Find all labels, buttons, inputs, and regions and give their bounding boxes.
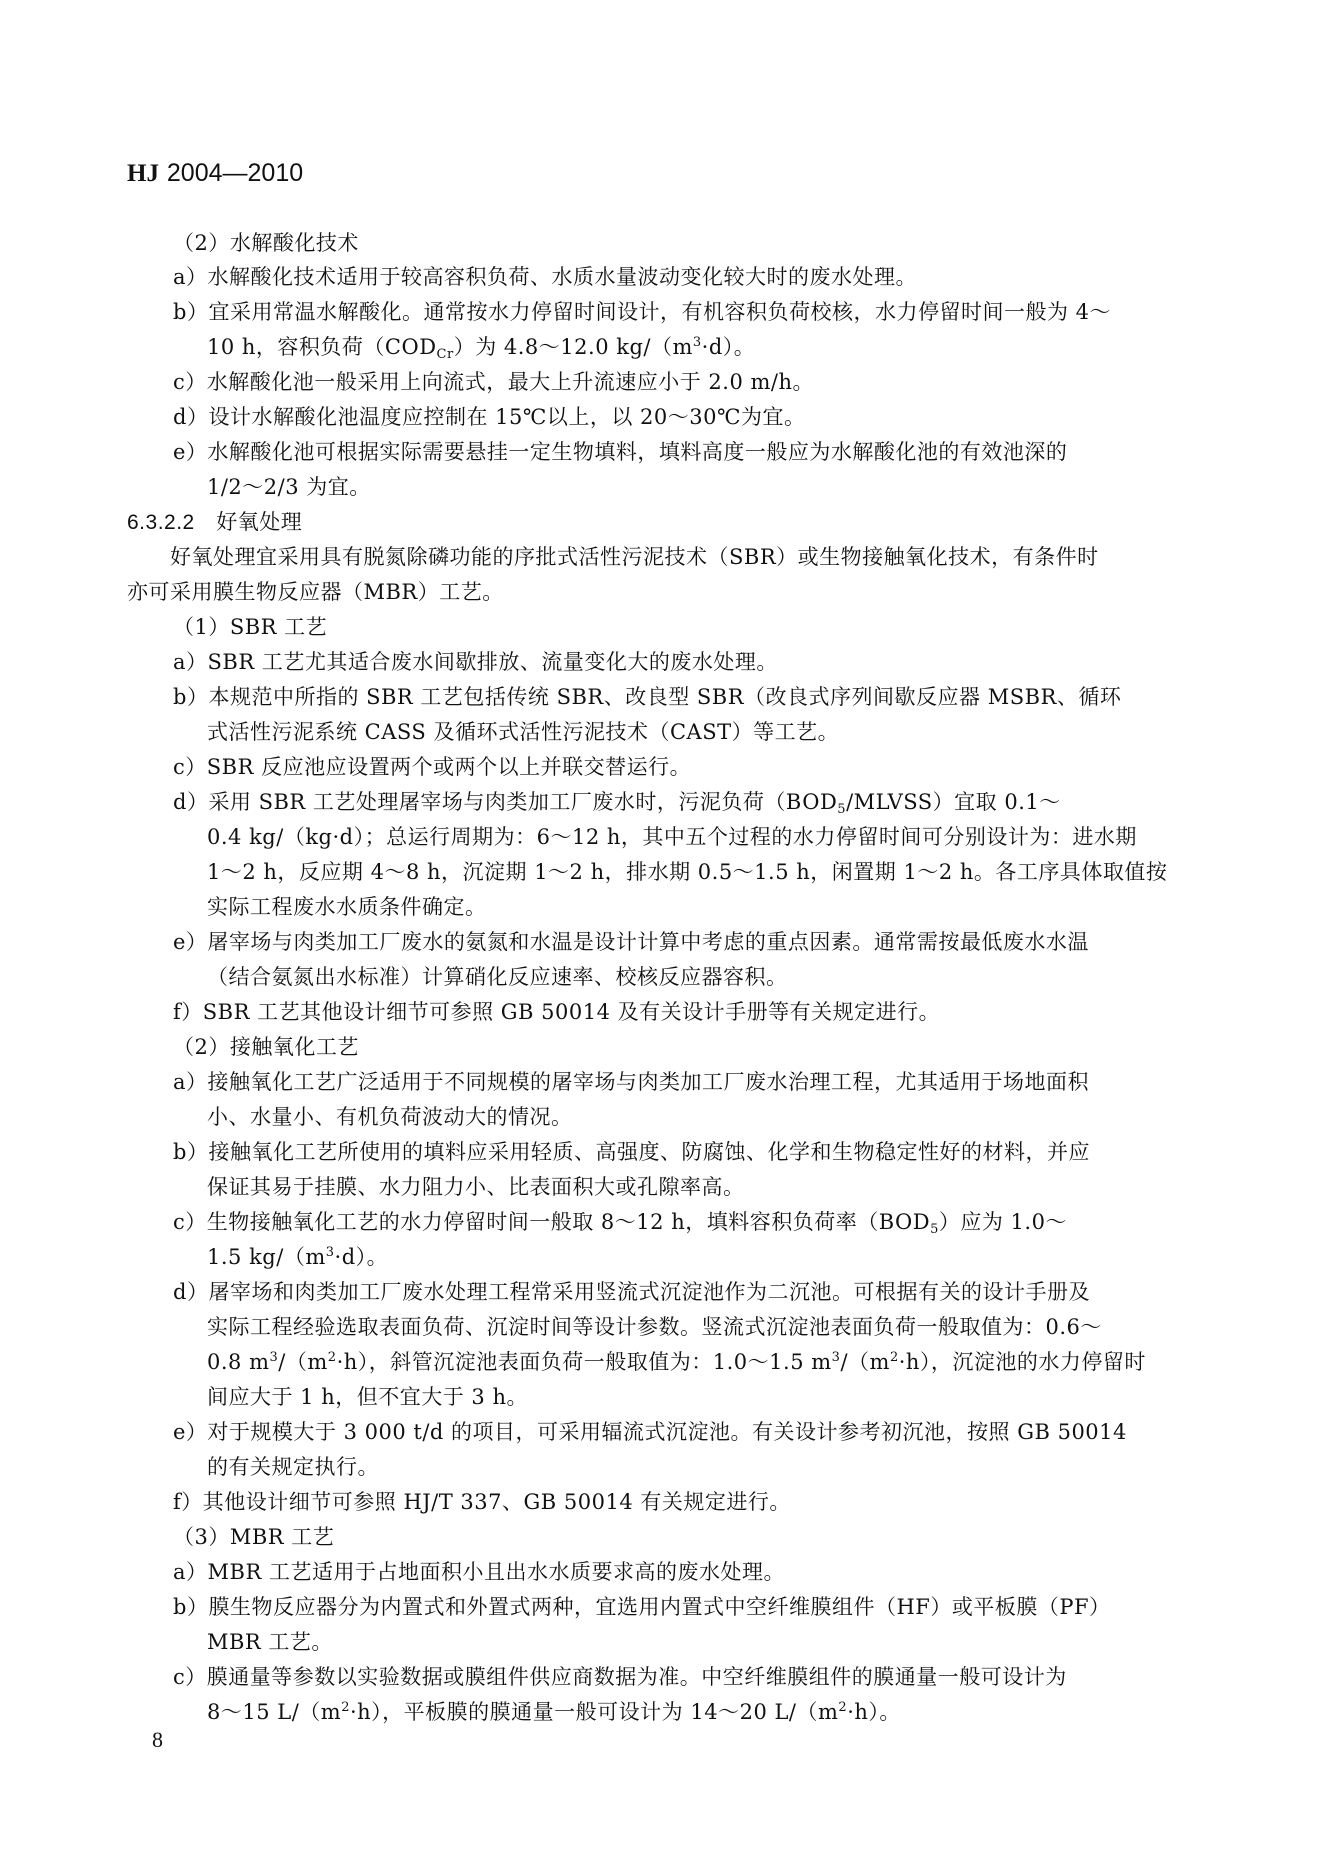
text-line: d）屠宰场和肉类加工厂废水处理工程常采用竖流式沉淀池作为二沉池。可根据有关的设计… xyxy=(173,1277,1090,1307)
text-line: 亦可采用膜生物反应器（MBR）工艺。 xyxy=(127,577,504,607)
text-line: e）水解酸化池可根据实际需要悬挂一定生物填料，填料高度一般应为水解酸化池的有效池… xyxy=(173,437,1067,467)
text-line: f）SBR 工艺其他设计细节可参照 GB 50014 及有关设计手册等有关规定进… xyxy=(173,997,940,1027)
text-line: 1.5 kg/（m3·d）。 xyxy=(207,1242,388,1272)
text-line: （2）水解酸化技术 xyxy=(173,228,359,258)
text-line: e）对于规模大于 3 000 t/d 的项目，可采用辐流式沉淀池。有关设计参考初… xyxy=(173,1417,1127,1447)
text-line: c）生物接触氧化工艺的水力停留时间一般取 8～12 h，填料容积负荷率（BOD5… xyxy=(173,1207,1067,1237)
text-line: a）水解酸化技术适用于较高容积负荷、水质水量波动变化较大时的废水处理。 xyxy=(173,262,917,292)
text-line: c）膜通量等参数以实验数据或膜组件供应商数据为准。中空纤维膜组件的膜通量一般可设… xyxy=(173,1662,1067,1692)
text-line: c）SBR 反应池应设置两个或两个以上并联交替运行。 xyxy=(173,752,691,782)
text-line: 好氧处理宜采用具有脱氮除磷功能的序批式活性污泥技术（SBR）或生物接触氧化技术，… xyxy=(170,542,1099,572)
text-line: f）其他设计细节可参照 HJ/T 337、GB 50014 有关规定进行。 xyxy=(173,1487,791,1517)
text-line: 间应大于 1 h，但不宜大于 3 h。 xyxy=(207,1382,528,1412)
text-line: 小、水量小、有机负荷波动大的情况。 xyxy=(207,1102,573,1132)
page-number: 8 xyxy=(152,1727,163,1753)
standard-prefix: HJ xyxy=(127,160,159,187)
document-header: HJ 2004—2010 xyxy=(127,158,303,189)
text-line: （结合氨氮出水标准）计算硝化反应速率、校核反应器容积。 xyxy=(207,962,788,992)
text-line: b）本规范中所指的 SBR 工艺包括传统 SBR、改良型 SBR（改良式序列间歇… xyxy=(173,682,1121,712)
text-line: （1）SBR 工艺 xyxy=(173,612,327,642)
text-line: 实际工程废水水质条件确定。 xyxy=(207,892,487,922)
text-line: b）接触氧化工艺所使用的填料应采用轻质、高强度、防腐蚀、化学和生物稳定性好的材料… xyxy=(173,1137,1090,1167)
text-line: d）采用 SBR 工艺处理屠宰场与肉类加工厂废水时，污泥负荷（BOD5/MLVS… xyxy=(173,787,1061,817)
text-line: 0.4 kg/（kg·d）；总运行周期为：6～12 h，其中五个过程的水力停留时… xyxy=(207,822,1137,852)
text-line: （3）MBR 工艺 xyxy=(173,1522,334,1552)
text-line: （2）接触氧化工艺 xyxy=(173,1032,359,1062)
standard-number: 2004—2010 xyxy=(167,159,303,187)
text-line: 的有关规定执行。 xyxy=(207,1452,379,1482)
text-line: c）水解酸化池一般采用上向流式，最大上升流速应小于 2.0 m/h。 xyxy=(173,367,814,397)
text-line: a）接触氧化工艺广泛适用于不同规模的屠宰场与肉类加工厂废水治理工程，尤其适用于场… xyxy=(173,1067,1089,1097)
text-line: a）MBR 工艺适用于占地面积小且出水水质要求高的废水处理。 xyxy=(173,1557,785,1587)
text-line: 8～15 L/（m2·h），平板膜的膜通量一般可设计为 14～20 L/（m2·… xyxy=(207,1697,901,1727)
text-line: 0.8 m3/（m2·h），斜管沉淀池表面负荷一般取值为：1.0～1.5 m3/… xyxy=(207,1347,1146,1377)
text-line: 10 h，容积负荷（CODCr）为 4.8～12.0 kg/（m3·d）。 xyxy=(207,332,755,362)
text-line: 式活性污泥系统 CASS 及循环式活性污泥技术（CAST）等工艺。 xyxy=(207,717,839,747)
text-line: 1～2 h，反应期 4～8 h，沉淀期 1～2 h，排水期 0.5～1.5 h，… xyxy=(207,857,1167,887)
text-line: d）设计水解酸化池温度应控制在 15℃以上，以 20～30℃为宜。 xyxy=(173,402,805,432)
text-line: 保证其易于挂膜、水力阻力小、比表面积大或孔隙率高。 xyxy=(207,1172,745,1202)
text-line: 1/2～2/3 为宜。 xyxy=(207,472,371,502)
text-line: a）SBR 工艺尤其适合废水间歇排放、流量变化大的废水处理。 xyxy=(173,647,778,677)
section-heading: 6.3.2.2 好氧处理 xyxy=(127,507,302,538)
text-line: MBR 工艺。 xyxy=(207,1627,333,1657)
text-line: b）膜生物反应器分为内置式和外置式两种，宜选用内置式中空纤维膜组件（HF）或平板… xyxy=(173,1592,1111,1622)
text-line: 实际工程经验选取表面负荷、沉淀时间等设计参数。竖流式沉淀池表面负荷一般取值为：0… xyxy=(207,1312,1102,1342)
text-line: b）宜采用常温水解酸化。通常按水力停留时间设计，有机容积负荷校核，水力停留时间一… xyxy=(173,297,1111,327)
text-line: e）屠宰场与肉类加工厂废水的氨氮和水温是设计计算中考虑的重点因素。通常需按最低废… xyxy=(173,927,1089,957)
